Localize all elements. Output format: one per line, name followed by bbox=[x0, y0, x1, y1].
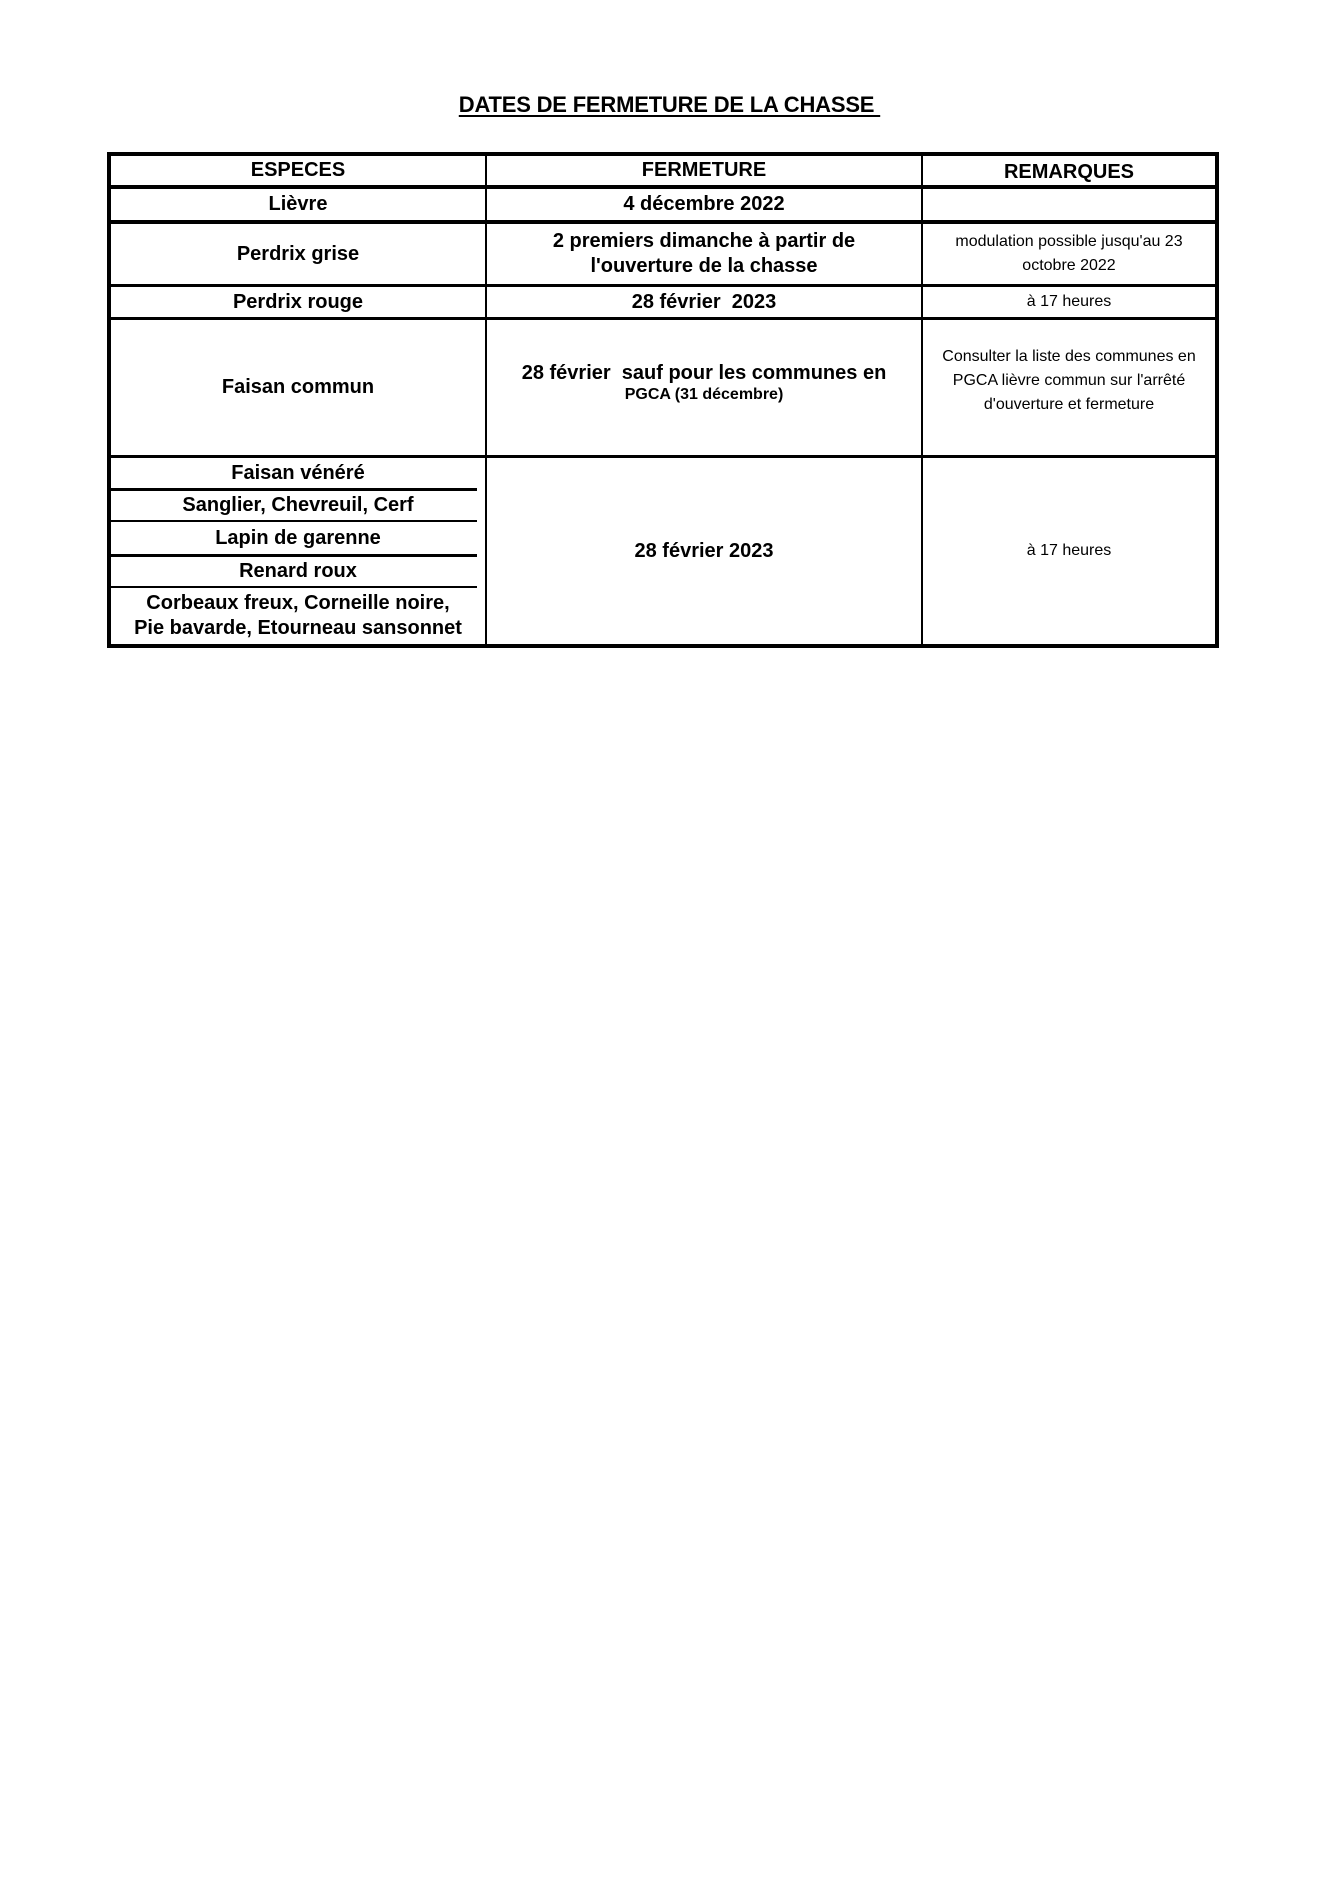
table-cell-closing: 2 premiers dimanche à partir de l'ouvert… bbox=[487, 224, 921, 284]
table-cell-species: Lapin de garenne bbox=[111, 522, 485, 554]
table-cell-closing: 28 février sauf pour les communes en PGC… bbox=[487, 320, 921, 445]
table-cell-species: Corbeaux freux, Corneille noire, Pie bav… bbox=[111, 588, 485, 644]
closing-dates-table: ESPECES FERMETURE REMARQUES Lièvre 4 déc… bbox=[107, 152, 1219, 648]
header-fermeture: FERMETURE bbox=[487, 156, 921, 185]
table-cell-species: Lièvre bbox=[111, 189, 485, 220]
table-cell-species: Perdrix rouge bbox=[111, 287, 485, 317]
table-cell-species: Perdrix grise bbox=[111, 224, 485, 284]
table-cell-remarks: à 17 heures bbox=[923, 287, 1215, 317]
page-title: DATES DE FERMETURE DE LA CHASSE bbox=[0, 92, 1339, 118]
table-cell-remarks bbox=[923, 189, 1215, 220]
table-cell-closing: 4 décembre 2022 bbox=[487, 189, 921, 220]
table-cell-species: Faisan vénéré bbox=[111, 458, 485, 488]
table-cell-species: Renard roux bbox=[111, 557, 485, 586]
table-cell-species: Sanglier, Chevreuil, Cerf bbox=[111, 491, 485, 520]
table-cell-closing: 28 février 2023 bbox=[487, 458, 921, 644]
table-cell-species: Faisan commun bbox=[111, 320, 485, 455]
table-cell-remarks: à 17 heures bbox=[923, 458, 1215, 644]
header-remarques: REMARQUES bbox=[923, 158, 1215, 187]
header-especes: ESPECES bbox=[111, 156, 485, 185]
table-cell-closing: 28 février 2023 bbox=[487, 287, 921, 317]
table-cell-remarks: Consulter la liste des communes en PGCA … bbox=[923, 320, 1215, 442]
table-cell-remarks: modulation possible jusqu'au 23 octobre … bbox=[923, 224, 1215, 284]
